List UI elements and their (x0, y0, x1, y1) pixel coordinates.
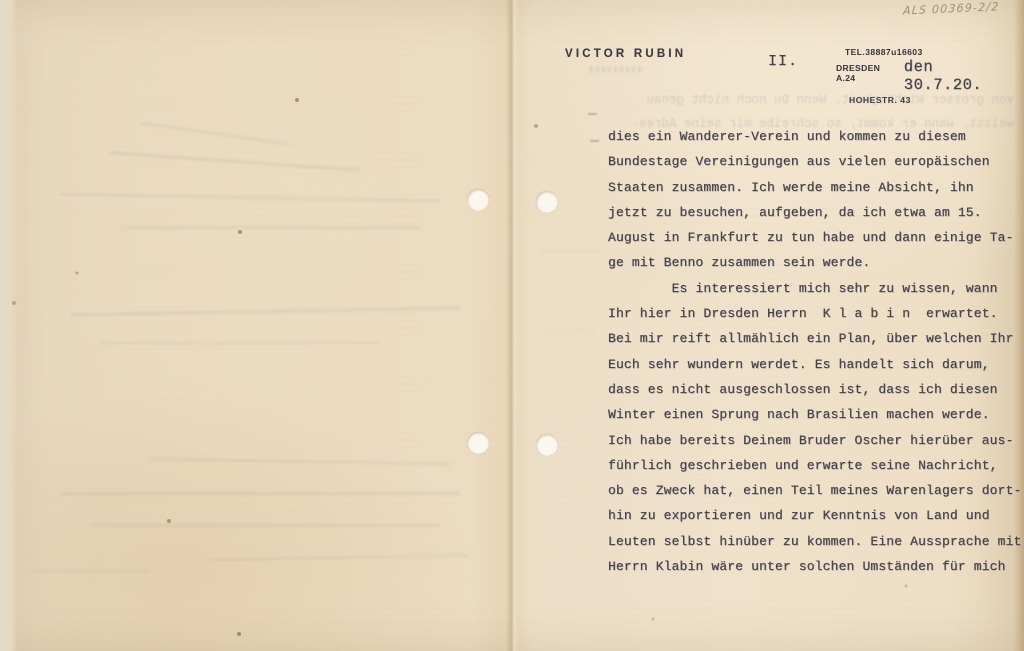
letter-line: dies ein Wanderer-Verein und kommen zu d… (608, 129, 1020, 154)
letter-line: Euch sehr wundern werdet. Es handelt sic… (608, 357, 1020, 382)
letter-line: ob es Zweck hat, einen Teil meines Waren… (608, 483, 1020, 508)
bleedthrough-line: von grosser Wichtigkeit. Wenn Du noch ni… (596, 88, 1014, 112)
letter-line: Bundestage Vereinigungen aus vielen euro… (608, 154, 1020, 179)
letter-line: Leuten selbst hinüber zu kommen. Eine Au… (608, 534, 1020, 559)
punch-hole (536, 191, 558, 213)
letter-line: jetzt zu besuchen, aufgeben, da ich etwa… (608, 205, 1020, 230)
letter-line: Ich habe bereits Deinem Bruder Oscher hi… (608, 433, 1020, 458)
margin-mark (590, 140, 599, 142)
letterhead-sender-name: VICTOR RUBIN (565, 48, 686, 60)
punch-hole (536, 434, 558, 456)
page-fold-crease (506, 0, 518, 651)
scanned-letter-page: ALS 00369-2/2 VICTOR RUBIN II. TEL.38887… (0, 0, 1024, 651)
letterhead-telephone: TEL.38887u16603 (836, 47, 1016, 57)
letter-line: ge mit Benno zusammen sein werde. (608, 255, 1020, 280)
letter-body: dies ein Wanderer-Verein und kommen zu d… (608, 129, 1020, 584)
foxing-specks (0, 0, 2, 2)
punch-hole (467, 432, 489, 454)
letter-line: Staaten zusammen. Ich werde meine Absich… (608, 180, 1020, 205)
letter-line: Bei mir reift allmählich ein Plan, über … (608, 331, 1020, 356)
letter-line: Winter einen Sprung nach Brasilien mache… (608, 407, 1020, 432)
margin-mark (588, 113, 597, 115)
letter-line: Herrn Klabin wäre unter solchen Umstände… (608, 559, 1020, 584)
letter-line: Es interessiert mich sehr zu wissen, wan… (608, 281, 1020, 306)
letter-line: August in Frankfurt zu tun habe und dann… (608, 230, 1020, 255)
letterhead-smudge (590, 66, 642, 73)
scan-left-edge (0, 0, 18, 651)
letter-line: hin zu exportieren und zur Kenntnis von … (608, 508, 1020, 533)
letterhead-city: DRESDEN A.24 (836, 63, 899, 83)
letter-line: Ihr hier in Dresden Herrn K l a b i n er… (608, 306, 1020, 331)
punch-hole (467, 189, 489, 211)
letter-line: führlich geschrieben und erwarte seine N… (608, 458, 1020, 483)
letter-line: dass es nicht ausgeschlossen ist, dass i… (608, 382, 1020, 407)
page-number: II. (768, 53, 798, 70)
